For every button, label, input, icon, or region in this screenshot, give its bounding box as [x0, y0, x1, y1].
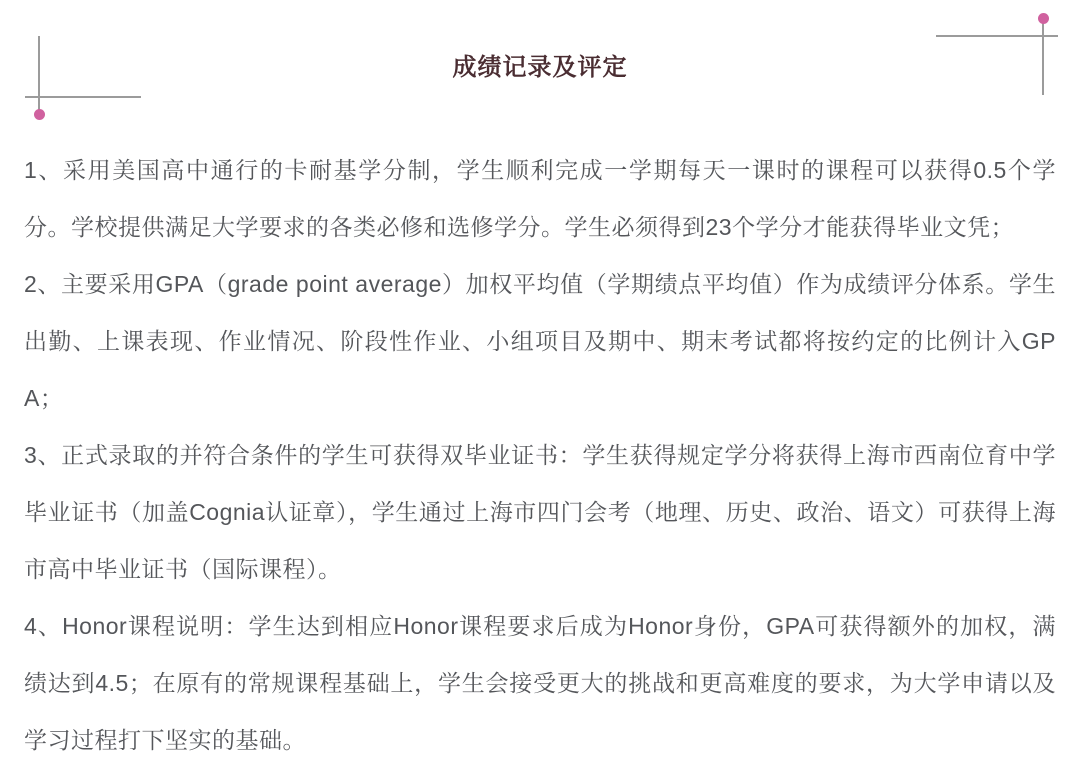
- pink-dot-icon: [1038, 13, 1049, 24]
- paragraph-honor-courses: 4、Honor课程说明：学生达到相应Honor课程要求后成为Honor身份，GP…: [24, 598, 1056, 769]
- crosshair-vertical-line: [1042, 18, 1044, 95]
- paragraph-credit-system: 1、采用美国高中通行的卡耐基学分制，学生顺利完成一学期每天一课时的课程可以获得0…: [24, 142, 1056, 256]
- page-title: 成绩记录及评定: [24, 52, 1056, 84]
- pink-dot-icon: [34, 109, 45, 120]
- paragraph-dual-diploma: 3、正式录取的并符合条件的学生可获得双毕业证书：学生获得规定学分将获得上海市西南…: [24, 427, 1056, 598]
- paragraph-gpa-system: 2、主要采用GPA（grade point average）加权平均值（学期绩点…: [24, 256, 1056, 427]
- document-page: 成绩记录及评定 1、采用美国高中通行的卡耐基学分制，学生顺利完成一学期每天一课时…: [0, 0, 1080, 770]
- crosshair-horizontal-line: [936, 35, 1058, 37]
- crosshair-vertical-line: [38, 36, 40, 112]
- crosshair-horizontal-line: [25, 96, 141, 98]
- article-body: 1、采用美国高中通行的卡耐基学分制，学生顺利完成一学期每天一课时的课程可以获得0…: [24, 142, 1056, 769]
